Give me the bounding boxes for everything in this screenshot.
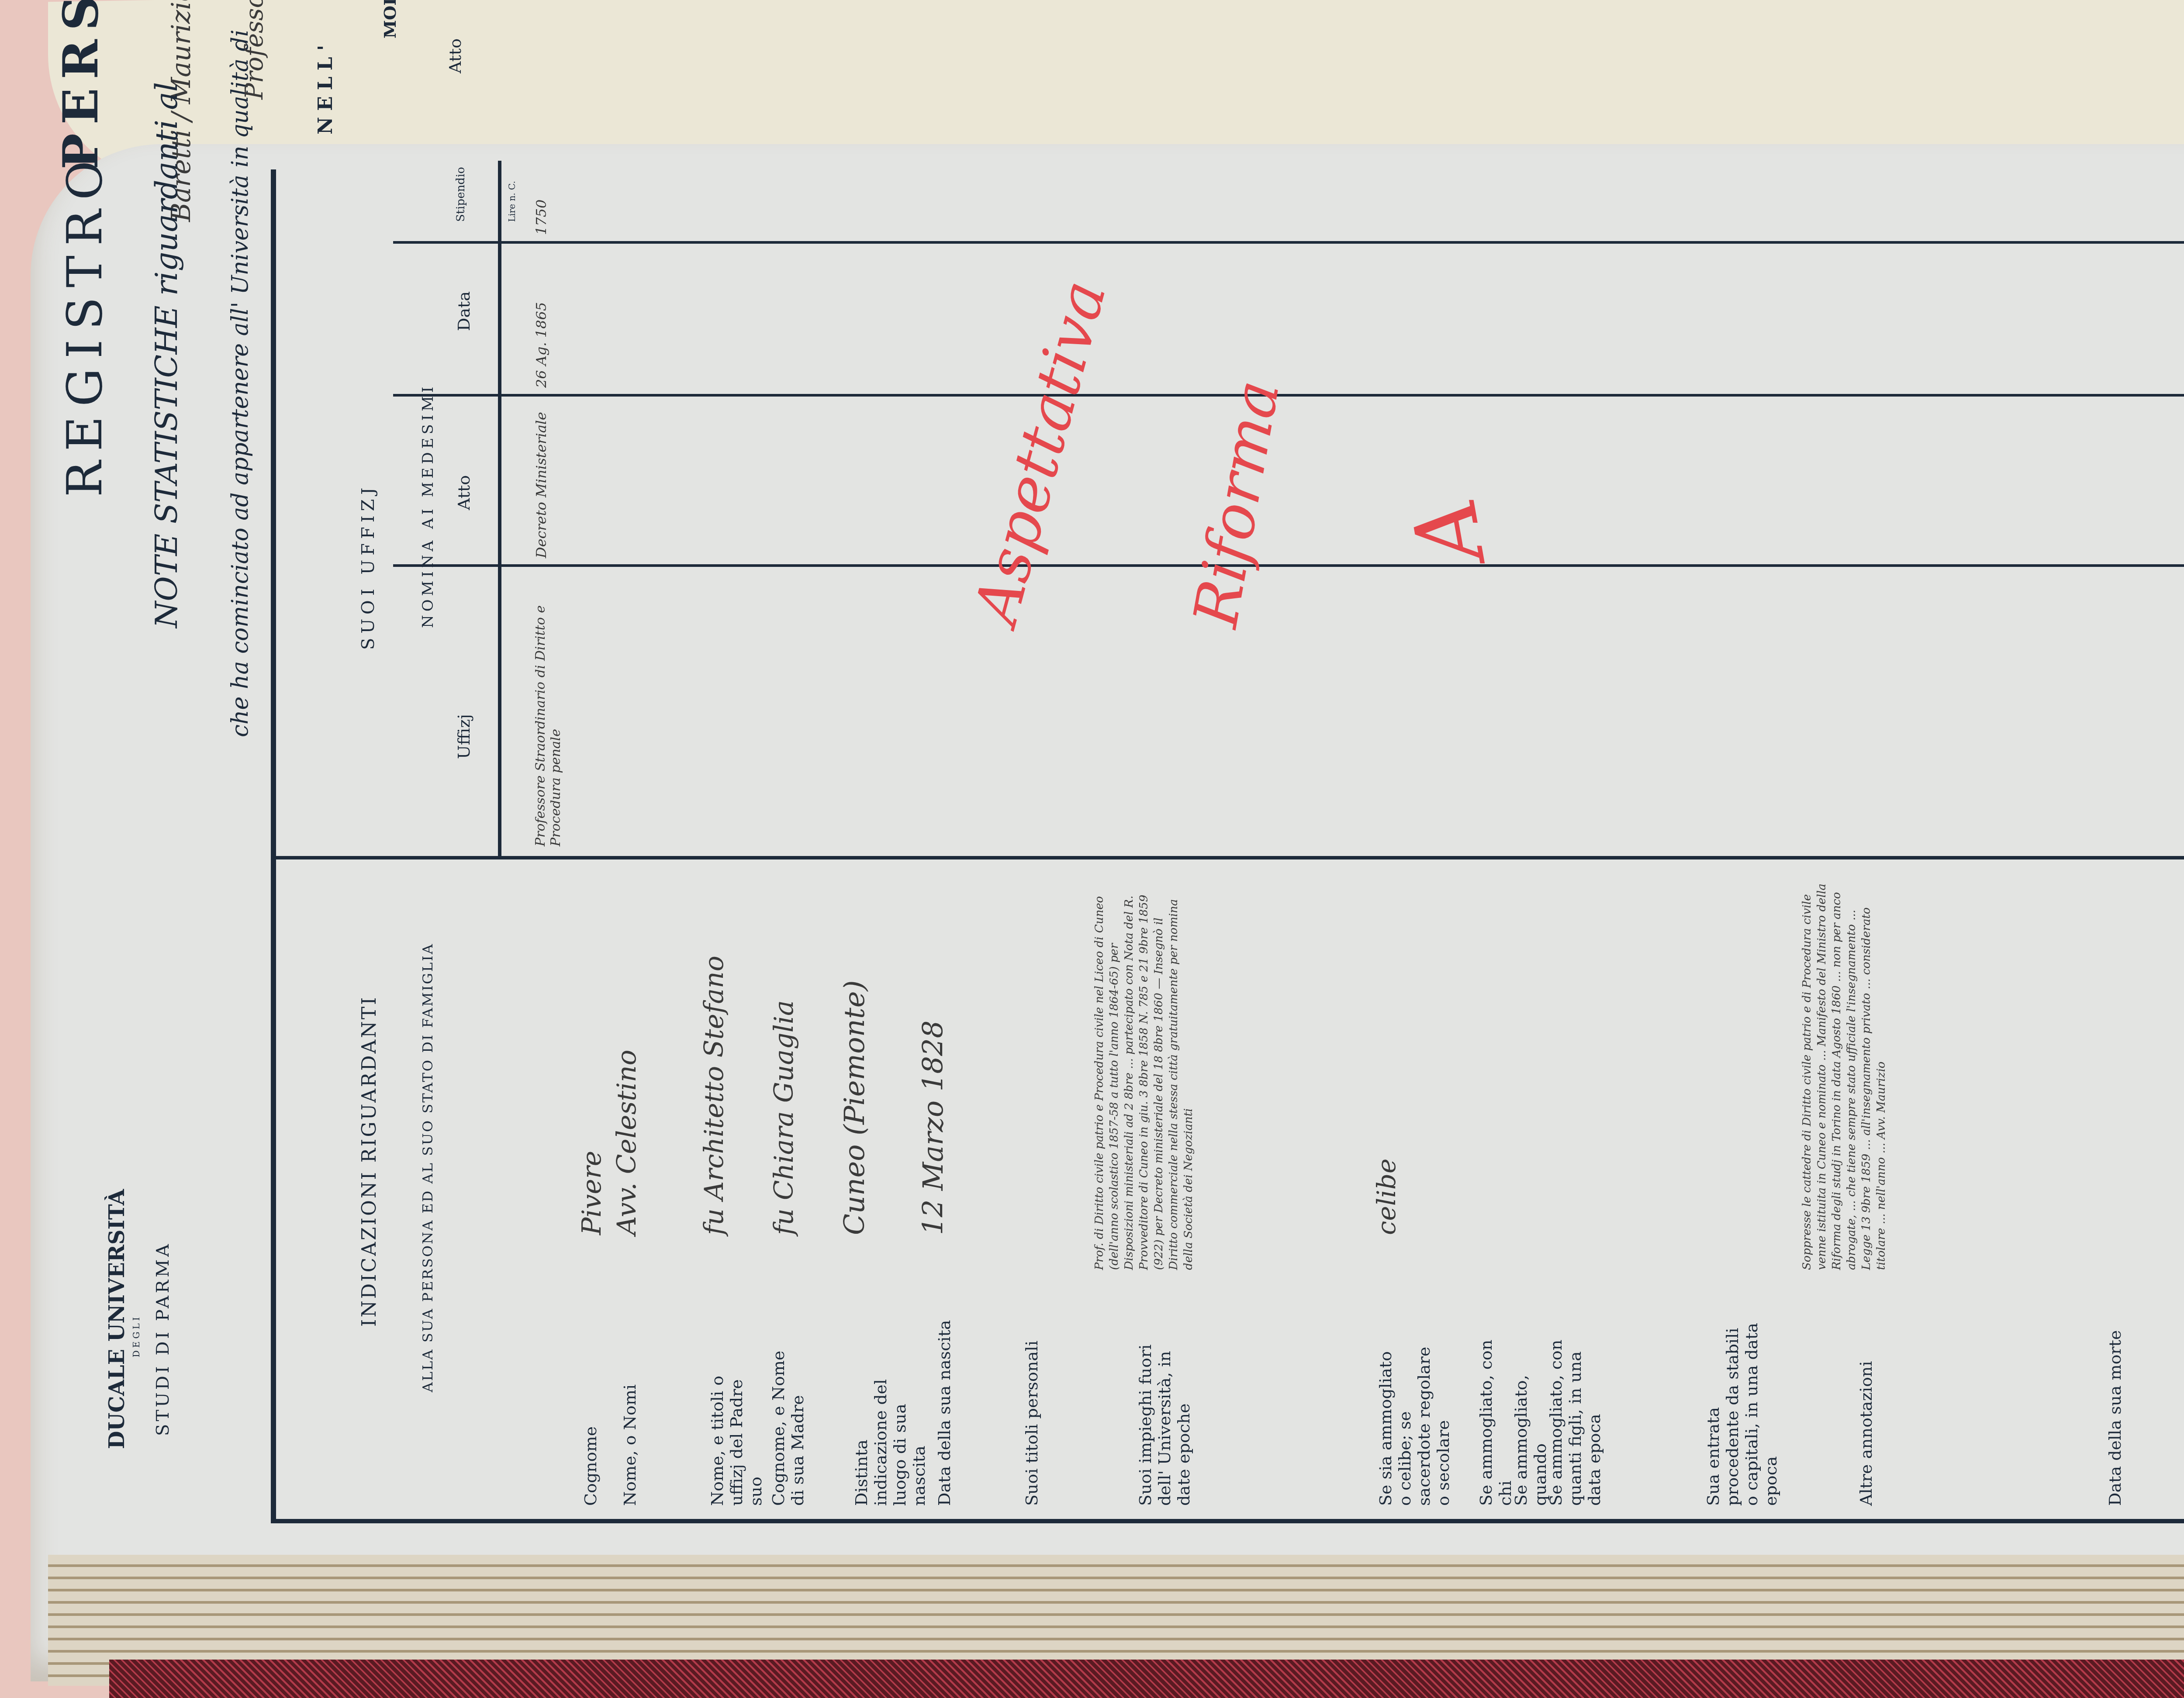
note-line2: che ha cominciato ad appartenere all' Un… xyxy=(227,30,253,737)
row-label: Data della sua nascita xyxy=(935,1320,954,1506)
section-divider xyxy=(275,856,2184,859)
stipendio-unit: Lire n. C. xyxy=(507,181,517,222)
row-value: Soppresse le cattedre di Diritto civile … xyxy=(1800,877,1889,1270)
row-label: Distinta indicazione del luogo di sua na… xyxy=(852,1349,929,1506)
col-divider-stipendio xyxy=(393,241,2184,244)
col-data: Data xyxy=(454,291,473,331)
suoi-uffizj-heading: SUOI UFFIZJ xyxy=(358,483,378,650)
rotated-content: PERS NELL' MOD Atto Baretti / Maurizio D… xyxy=(0,0,2184,1698)
red-annotation: A xyxy=(1393,491,1504,571)
row-value: fu Architetto Stefano xyxy=(699,956,729,1235)
facing-column: MOD xyxy=(380,0,400,38)
row-label: Nome, e titoli o uffizj del Padre suo xyxy=(708,1349,765,1506)
facing-title: PERS xyxy=(52,0,109,169)
institution-line3: STUDI DI PARMA xyxy=(153,1242,173,1436)
row-label: Sua entrata procedente da stabili o capi… xyxy=(1704,1322,1780,1506)
row-label: Suoi impieghi fuori dell' Università, in… xyxy=(1136,1340,1193,1506)
row-value: Prof. di Diritto civile patrio e Procedu… xyxy=(1092,877,1196,1270)
entry-atto: Decreto Ministeriale xyxy=(533,412,549,558)
facing-atto: Atto xyxy=(446,38,465,73)
row-label: Suoi titoli personali xyxy=(1022,1341,1041,1506)
note-title: NOTE STATISTICHE riguardanti al xyxy=(149,82,184,628)
row-value: 12 Marzo 1828 xyxy=(917,1020,950,1235)
row-label: Se ammogliato, con chi xyxy=(1476,1322,1515,1506)
row-value: Avv. Celestino xyxy=(612,1049,642,1235)
red-annotation: Riforma xyxy=(1180,375,1293,632)
nomina-header-rule xyxy=(498,161,501,859)
col-atto: Atto xyxy=(454,475,473,510)
institution-line1: DUCALE UNIVERSITÀ xyxy=(105,1189,129,1449)
section-subheading: ALLA SUA PERSONA ED AL SUO STATO DI FAMI… xyxy=(419,943,436,1392)
row-value: fu Chiara Guaglia xyxy=(769,1000,799,1235)
entry-uffizj: Professore Straordinario di Diritto e Pr… xyxy=(533,576,563,846)
facing-subtitle: NELL' xyxy=(314,39,337,135)
nomina-heading: NOMINA AI MEDESIMI xyxy=(419,383,437,628)
col-divider-atto xyxy=(393,564,2184,567)
red-annotation: Aspettativa xyxy=(961,273,1120,632)
row-label: Cognome, e Nome di sua Madre xyxy=(769,1349,807,1506)
row-label: Se ammogliato, quando xyxy=(1511,1322,1550,1506)
row-label: Nome, o Nomi xyxy=(620,1384,639,1506)
section-heading: INDICAZIONI RIGUARDANTI xyxy=(358,996,380,1327)
institution-line2: DEGLI xyxy=(131,1315,142,1357)
row-label: Altre annotazioni xyxy=(1856,1361,1876,1506)
register-title: REGISTRO xyxy=(57,151,113,497)
entry-data: 26 Ag. 1865 xyxy=(533,302,549,388)
row-value: celibe xyxy=(1372,1159,1401,1235)
col-uffizj: Uffizj xyxy=(454,714,473,759)
row-value: Pivere xyxy=(577,1151,607,1235)
frame-left-rule xyxy=(271,1519,2184,1523)
qualita-handwritten: Professore xyxy=(240,0,269,100)
header-rule xyxy=(271,169,276,1523)
entry-stipendio: 1750 xyxy=(533,200,549,235)
row-label: Se ammogliato, con quanti figli, in una … xyxy=(1546,1322,1604,1506)
row-label: Se sia ammogliato o celibe; se sacerdote… xyxy=(1376,1340,1453,1506)
row-label: Data della sua morte xyxy=(2105,1330,2125,1506)
row-label: Cognome xyxy=(581,1426,600,1506)
row-value: Cuneo (Piemonte) xyxy=(839,980,871,1235)
col-stipendio: Stipendio xyxy=(454,167,467,222)
